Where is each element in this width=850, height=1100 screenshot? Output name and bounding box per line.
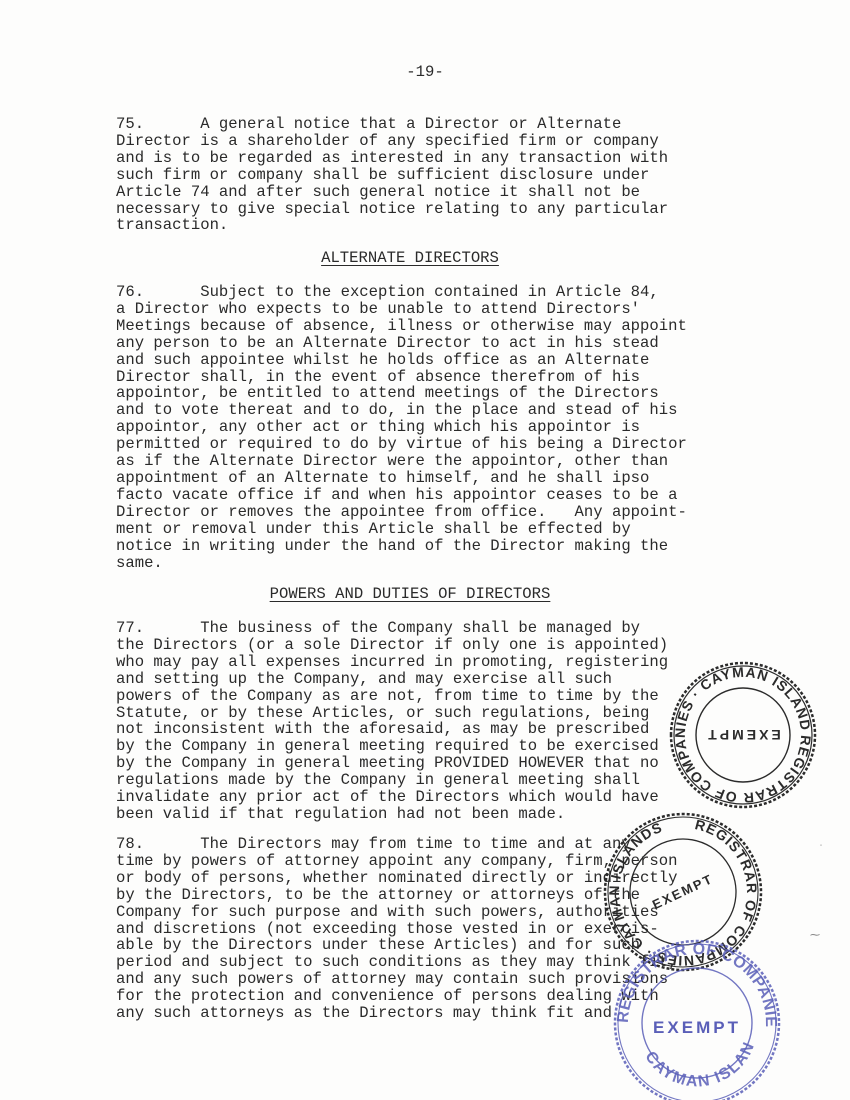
document-page: -19- 75. A general notice that a Directo… (0, 0, 850, 1100)
margin-speck: ⁓ (810, 930, 820, 942)
heading-alternate-directors-text: ALTERNATE DIRECTORS (321, 249, 499, 267)
article-76: 76. Subject to the exception contained i… (116, 284, 736, 571)
article-77: 77. The business of the Company shall be… (116, 620, 736, 823)
margin-tick: ˈ (818, 845, 824, 856)
heading-alternate-directors: ALTERNATE DIRECTORS (0, 250, 820, 267)
heading-powers-duties: POWERS AND DUTIES OF DIRECTORS (0, 586, 820, 603)
article-78: 78. The Directors may from time to time … (116, 836, 736, 1022)
heading-powers-duties-text: POWERS AND DUTIES OF DIRECTORS (270, 585, 551, 603)
article-75: 75. A general notice that a Director or … (116, 116, 736, 234)
page-number: -19- (0, 63, 850, 81)
